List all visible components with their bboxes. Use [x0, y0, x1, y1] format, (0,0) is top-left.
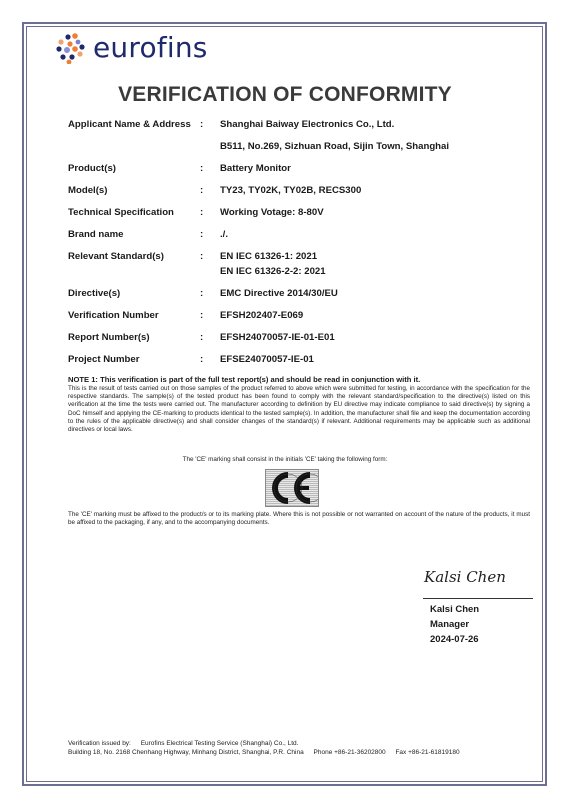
issuer-fax: Fax +86-21-61819180	[395, 749, 459, 756]
field-label: Model(s)	[68, 184, 200, 198]
field-row: Technical Specification:Working Votage: …	[68, 206, 528, 220]
verification-fields: Applicant Name & Address:Shanghai Baiway…	[68, 118, 528, 375]
logo-wordmark: eurofins	[93, 34, 208, 62]
eurofins-dots-logo-icon	[55, 32, 87, 64]
field-separator: :	[200, 118, 220, 132]
field-label: Product(s)	[68, 162, 200, 176]
note-section: NOTE 1: This verification is part of the…	[68, 375, 530, 434]
field-value: EFSH24070057-IE-01-E01	[220, 331, 528, 345]
field-label: Relevant Standard(s)	[68, 250, 200, 264]
field-label: Brand name	[68, 228, 200, 242]
field-separator: :	[200, 353, 220, 367]
field-value: EFSE24070057-IE-01	[220, 353, 528, 367]
field-separator: :	[200, 228, 220, 242]
signer-name: Kalsi Chen	[430, 602, 479, 617]
field-value: EMC Directive 2014/30/EU	[220, 287, 528, 301]
field-row: EN IEC 61326-2-2: 2021	[68, 265, 528, 279]
field-row: Product(s):Battery Monitor	[68, 162, 528, 176]
field-label: Applicant Name & Address	[68, 118, 200, 132]
ce-marking-note: The 'CE' marking must be affixed to the …	[68, 511, 530, 526]
field-value: TY23, TY02K, TY02B, RECS300	[220, 184, 528, 198]
field-row: Directive(s):EMC Directive 2014/30/EU	[68, 287, 528, 301]
field-value: EN IEC 61326-1: 2021	[220, 250, 528, 264]
field-value: B511, No.269, Sizhuan Road, Sijin Town, …	[220, 140, 528, 154]
note-body: This is the result of tests carried out …	[68, 385, 530, 434]
field-row: Applicant Name & Address:Shanghai Baiway…	[68, 118, 528, 132]
field-value: Working Votage: 8-80V	[220, 206, 528, 220]
signature-line	[423, 598, 533, 599]
field-separator	[200, 140, 220, 154]
document-title: VERIFICATION OF CONFORMITY	[0, 83, 570, 107]
field-label	[68, 265, 200, 279]
handwritten-signature: Kalsi Chen	[422, 562, 532, 592]
note-heading: NOTE 1: This verification is part of the…	[68, 375, 530, 385]
field-separator: :	[200, 250, 220, 264]
field-value: Shanghai Baiway Electronics Co., Ltd.	[220, 118, 528, 132]
field-separator: :	[200, 287, 220, 301]
field-row: Relevant Standard(s):EN IEC 61326-1: 202…	[68, 250, 528, 264]
issuer-name: Eurofins Electrical Testing Service (Sha…	[141, 740, 299, 747]
field-value: EFSH202407-E069	[220, 309, 528, 323]
field-value: ./.	[220, 228, 528, 242]
field-separator	[200, 265, 220, 279]
field-separator: :	[200, 206, 220, 220]
footer: Verification issued by: Eurofins Electri…	[68, 739, 460, 757]
issuer-phone: Phone +86-21-36202800	[314, 749, 386, 756]
field-label	[68, 140, 200, 154]
field-separator: :	[200, 331, 220, 345]
eurofins-logo: eurofins	[55, 30, 208, 66]
field-value: Battery Monitor	[220, 162, 528, 176]
signer-block: Kalsi Chen Manager 2024-07-26	[430, 602, 479, 647]
field-row: Report Number(s):EFSH24070057-IE-01-E01	[68, 331, 528, 345]
field-label: Report Number(s)	[68, 331, 200, 345]
signature-date: 2024-07-26	[430, 632, 479, 647]
signer-role: Manager	[430, 617, 479, 632]
field-label: Technical Specification	[68, 206, 200, 220]
field-value: EN IEC 61326-2-2: 2021	[220, 265, 528, 279]
svg-text:Kalsi Chen: Kalsi Chen	[423, 568, 506, 586]
field-separator: :	[200, 309, 220, 323]
field-row: B511, No.269, Sizhuan Road, Sijin Town, …	[68, 140, 528, 154]
ce-caption: The 'CE' marking shall consist in the in…	[0, 456, 570, 463]
field-row: Project Number:EFSE24070057-IE-01	[68, 353, 528, 367]
field-separator: :	[200, 184, 220, 198]
issued-by-label: Verification issued by:	[68, 740, 131, 747]
ce-mark-icon	[265, 469, 319, 507]
field-separator: :	[200, 162, 220, 176]
field-label: Directive(s)	[68, 287, 200, 301]
issuer-address: Building 18, No. 2168 Chenhang Highway, …	[68, 749, 304, 756]
field-label: Verification Number	[68, 309, 200, 323]
field-label: Project Number	[68, 353, 200, 367]
field-row: Verification Number:EFSH202407-E069	[68, 309, 528, 323]
field-row: Brand name:./.	[68, 228, 528, 242]
field-row: Model(s):TY23, TY02K, TY02B, RECS300	[68, 184, 528, 198]
